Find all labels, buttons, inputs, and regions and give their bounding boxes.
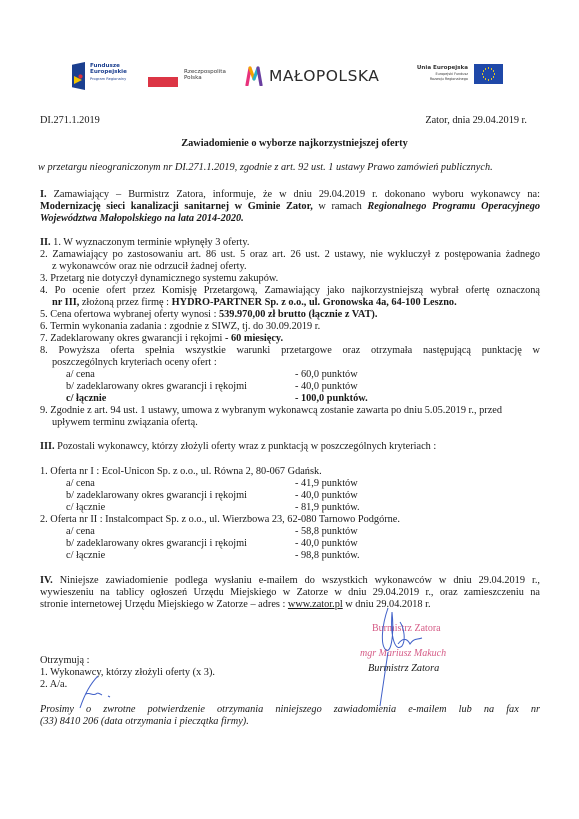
offer-score-row: b/ zadeklarowany okres gwarancji i rękoj…: [40, 538, 540, 550]
eu-star-icon: [491, 78, 493, 80]
eu-star-icon: [488, 67, 490, 69]
score-value: - 81,9 punktów.: [295, 502, 360, 514]
footer-note-line1: Prosimy o zwrotne potwierdzenie otrzyman…: [40, 704, 540, 716]
unia-europejska-logo: Unia Europejska Europejski Fundusz Rozwo…: [404, 64, 514, 90]
offer-score-row: a/ cena- 58,8 punktów: [40, 526, 540, 538]
eu-star-icon: [482, 73, 484, 75]
offer-title: 1. Oferta nr I : Ecol-Unicon Sp. z o.o.,…: [40, 466, 540, 478]
offer-score-row: b/ zadeklarowany okres gwarancji i rękoj…: [40, 490, 540, 502]
score-label: b/ zadeklarowany okres gwarancji i rękoj…: [66, 381, 247, 393]
place-date: Zator, dnia 29.04.2019 r.: [425, 115, 527, 127]
section-2-item-8b: poszczególnych kryteriach oceny ofert :: [40, 357, 540, 369]
eu-star-icon: [493, 70, 495, 72]
section-2-item-2b: z wykonawców oraz nie odrzucił żadnej of…: [40, 261, 540, 273]
section-2-item-2a: 2. Zamawiający po zastosowaniu art. 86 u…: [40, 249, 540, 261]
score-label: a/ cena: [66, 526, 95, 538]
document-subtitle: w przetargu nieograniczonym nr DI.271.1.…: [38, 162, 548, 174]
eu-star-icon: [483, 76, 485, 78]
section-4-text1: Niniejsze zawiadomienie podlega wysłaniu…: [53, 575, 540, 586]
fundusze-europejskie-mark-icon: [72, 62, 85, 90]
footer-note-line2: (33) 8410 206 (data otrzymania i piecząt…: [40, 716, 540, 728]
section-1-number: I.: [40, 189, 47, 200]
section-4-line2: wywieszeniu na tablicy ogłoszeń Urzędu M…: [40, 587, 540, 599]
section-3-intro: III. Pozostali wykonawcy, którzy złożyli…: [40, 441, 540, 453]
section-4-number: IV.: [40, 575, 53, 586]
section-3-number: III.: [40, 441, 55, 452]
score-label: c/ łącznie: [66, 550, 105, 562]
section-1-connector: w ramach: [313, 201, 368, 212]
offer-score-row: c/ łącznie- 98,8 punktów.: [40, 550, 540, 562]
project-name: Modernizację sieci kanalizacji sanitarne…: [40, 201, 313, 212]
offer-number: nr III,: [52, 297, 79, 308]
rzeczpospolita-polska-logo: Rzeczpospolita Polska: [148, 66, 238, 92]
warranty-period: - 60 miesięcy.: [225, 333, 283, 344]
section-2-item-3: 3. Przetarg nie dotyczył dynamicznego sy…: [40, 273, 540, 285]
section-1-line2: Modernizację sieci kanalizacji sanitarne…: [40, 201, 540, 213]
section-4-line3: stronie internetowej Urzędu Miejskiego w…: [40, 599, 540, 611]
section-2-item-8a: 8. Powyższa oferta spełnia wszystkie war…: [40, 345, 540, 357]
section-2-item-9a: 9. Zgodnie z art. 94 ust. 1 ustawy, umow…: [40, 405, 540, 417]
score-label: a/ cena: [66, 478, 95, 490]
offer-title: 2. Oferta nr II : Instalcompact Sp. z o.…: [40, 514, 540, 526]
ue-line3: Rozwoju Regionalnego: [404, 77, 468, 82]
section-4-text3: stronie internetowej Urzędu Miejskiego w…: [40, 599, 288, 610]
eu-flag-icon: [474, 64, 503, 84]
section-2-item-6: 6. Termin wykonania zadania : zgodnie z …: [40, 321, 540, 333]
eu-star-icon: [485, 68, 487, 70]
fe-line2: Europejskie: [90, 69, 127, 75]
score-value: - 40,0 punktów: [295, 381, 358, 393]
section-2-item-1: II. 1. W wyznaczonym terminie wpłynęły 3…: [40, 237, 540, 249]
offer-price: 539.970,00 zł brutto (łącznie z VAT).: [219, 309, 377, 320]
program-name-b: Województwa Małopolskiego na lata 2014-2…: [40, 213, 540, 225]
ue-line1: Unia Europejska: [404, 65, 468, 72]
score-label: b/ zadeklarowany okres gwarancji i rękoj…: [66, 538, 247, 550]
score-row: a/ cena- 60,0 punktów: [40, 369, 540, 381]
score-label: a/ cena: [66, 369, 95, 381]
section-2-item-4a: 4. Po ocenie ofert przez Komisję Przetar…: [40, 285, 540, 297]
score-value: - 41,9 punktów: [295, 478, 358, 490]
section-4-line1: IV. Niniejsze zawiadomienie podlega wysł…: [40, 575, 540, 587]
malopolska-wordmark: MAŁOPOLSKA: [269, 67, 379, 85]
section-2-number: II.: [40, 237, 51, 248]
section-1-line1: I. Zamawiający – Burmistrz Zatora, infor…: [40, 189, 540, 201]
section-2-item-7: 7. Zadeklarowany okres gwarancji i rękoj…: [40, 333, 540, 345]
malopolska-m-icon: [245, 66, 263, 86]
score-value: - 98,8 punktów.: [295, 550, 360, 562]
winning-company: HYDRO-PARTNER Sp. z o.o., ul. Gronowska …: [172, 297, 457, 308]
section-2-item-9b: upływem terminu związania ofertą.: [40, 417, 540, 429]
section-1-text: Zamawiający – Burmistrz Zatora, informuj…: [54, 189, 540, 200]
score-value: - 40,0 punktów: [295, 490, 358, 502]
recipients-heading: Otrzymują :: [40, 655, 540, 667]
score-value: - 60,0 punktów: [295, 369, 358, 381]
polish-flag-icon: [148, 77, 178, 87]
document-title: Zawiadomienie o wyborze najkorzystniejsz…: [0, 138, 579, 150]
score-row: b/ zadeklarowany okres gwarancji i rękoj…: [40, 381, 540, 393]
program-name-a: Regionalnego Programu Operacyjnego: [367, 201, 540, 212]
zator-website-link[interactable]: www.zator.pl: [288, 599, 343, 610]
section-3-text: Pozostali wykonawcy, którzy złożyli ofer…: [55, 441, 437, 452]
rp-line1: Rzeczpospolita: [184, 69, 226, 75]
item-4-connector: złożoną przez firmę :: [79, 297, 171, 308]
eu-star-icon: [494, 73, 496, 75]
fe-line1: Fundusze: [90, 63, 120, 69]
fe-line3: Program Regionalny: [90, 76, 127, 82]
section-2-item-5: 5. Cena ofertowa wybranej oferty wynosi …: [40, 309, 540, 321]
eu-star-icon: [483, 70, 485, 72]
eu-star-icon: [485, 78, 487, 80]
eu-star-icon: [493, 76, 495, 78]
item-5-text: 5. Cena ofertowa wybranej oferty wynosi …: [40, 309, 219, 320]
score-row: c/ łącznie- 100,0 punktów.: [40, 393, 540, 405]
score-value: - 58,8 punktów: [295, 526, 358, 538]
score-label: b/ zadeklarowany okres gwarancji i rękoj…: [66, 490, 247, 502]
malopolska-logo: MAŁOPOLSKA: [245, 62, 395, 92]
score-value: - 40,0 punktów: [295, 538, 358, 550]
score-label: c/ łącznie: [66, 502, 105, 514]
section-2-item-4b: nr III, złożoną przez firmę : HYDRO-PART…: [40, 297, 540, 309]
offer-score-row: c/ łącznie- 81,9 punktów.: [40, 502, 540, 514]
score-label: c/ łącznie: [66, 393, 106, 405]
offer-score-row: a/ cena- 41,9 punktów: [40, 478, 540, 490]
eu-star-icon: [488, 79, 490, 81]
score-value: - 100,0 punktów.: [295, 393, 368, 405]
item-7-text: 7. Zadeklarowany okres gwarancji i rękoj…: [40, 333, 225, 344]
item-1-text: 1. W wyznaczonym terminie wpłynęły 3 ofe…: [53, 237, 249, 248]
reference-number: DI.271.1.2019: [40, 115, 100, 127]
rp-line2: Polska: [184, 75, 202, 81]
